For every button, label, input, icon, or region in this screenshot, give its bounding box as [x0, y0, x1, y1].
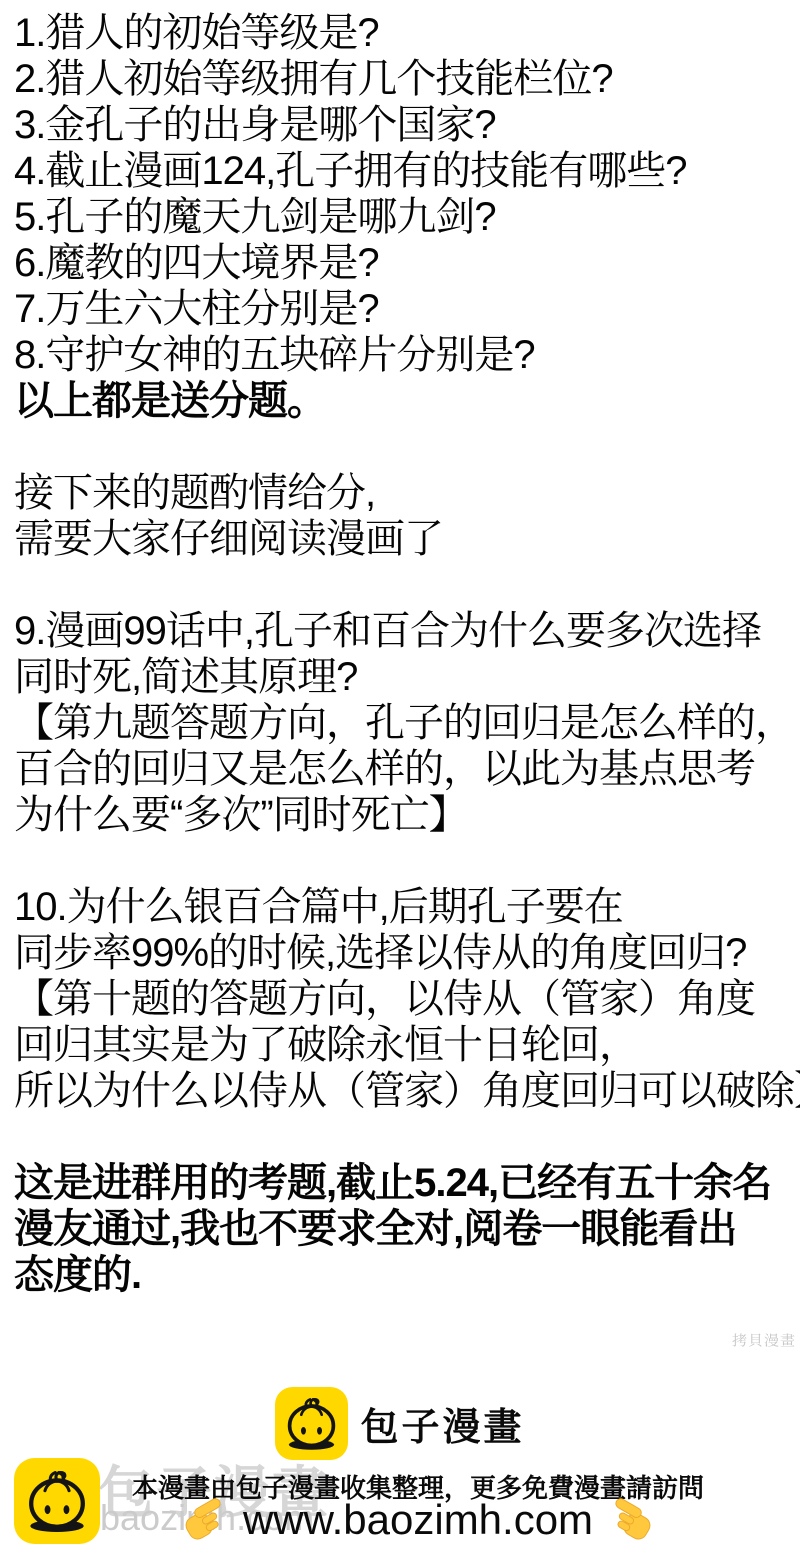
question-9-line-2: 同时死,简述其原理?: [14, 654, 798, 700]
brand-title: 包子漫畫: [360, 1396, 524, 1451]
question-2: 2.猎人初始等级拥有几个技能栏位?: [14, 56, 798, 102]
question-5: 5.孔子的魔天九剑是哪九剑?: [14, 194, 798, 240]
spacer: [14, 1114, 798, 1160]
manga-text-page: 1.猎人的初始等级是? 2.猎人初始等级拥有几个技能栏位? 3.金孔子的出身是哪…: [0, 0, 800, 1565]
question-7: 7.万生六大柱分别是?: [14, 286, 798, 332]
question-9-hint-1: 【第九题答题方向，孔子的回归是怎么样的，: [14, 700, 798, 746]
intro-line-2: 需要大家仔细阅读漫画了: [14, 516, 798, 562]
question-10-line-1: 10.为什么银百合篇中,后期孔子要在: [14, 884, 798, 930]
corner-watermark: 拷貝漫畫: [732, 1331, 796, 1351]
site-url-link[interactable]: www.baozimh.com: [243, 1496, 593, 1544]
question-10-line-2: 同步率99%的时候,选择以侍从的角度回归?: [14, 930, 798, 976]
question-10-hint-2: 回归其实是为了破除永恒十日轮回，: [14, 1022, 798, 1068]
question-1: 1.猎人的初始等级是?: [14, 10, 798, 56]
footer-url-row: www.baozimh.com: [36, 1496, 800, 1544]
spacer: [14, 424, 798, 470]
question-10-hint-3: 所以为什么以侍从（管家）角度回归可以破除】: [14, 1068, 798, 1114]
question-3: 3.金孔子的出身是哪个国家?: [14, 102, 798, 148]
question-4: 4.截止漫画124,孔子拥有的技能有哪些?: [14, 148, 798, 194]
closing-line-3: 态度的.: [14, 1252, 798, 1298]
spacer: [14, 562, 798, 608]
question-9-line-1: 9.漫画99话中,孔子和百合为什么要多次选择: [14, 608, 798, 654]
closing-line-2: 漫友通过,我也不要求全对,阅卷一眼能看出: [14, 1206, 798, 1252]
spacer: [14, 838, 798, 884]
intro-line-1: 接下来的题酌情给分,: [14, 470, 798, 516]
freebie-note: 以上都是送分题。: [14, 378, 798, 424]
quiz-text-block: 1.猎人的初始等级是? 2.猎人初始等级拥有几个技能栏位? 3.金孔子的出身是哪…: [14, 10, 798, 1298]
pointing-hand-icon: [600, 1491, 660, 1549]
question-6: 6.魔教的四大境界是?: [14, 240, 798, 286]
question-9-hint-3: 为什么要“多次”同时死亡】: [14, 792, 798, 838]
question-10-hint-1: 【第十题的答题方向，以侍从（管家）角度: [14, 976, 798, 1022]
closing-line-1: 这是进群用的考题,截止5.24,已经有五十余名: [14, 1160, 798, 1206]
pointing-hand-icon: [176, 1491, 236, 1549]
footer-strip: 包子漫畫 baozimh.com 本漫畫由包子漫畫收集整理，更多免費漫畫請訪問: [0, 1449, 800, 1565]
question-9-hint-2: 百合的回归又是怎么样的，以此为基点思考: [14, 746, 798, 792]
question-8: 8.守护女神的五块碎片分别是?: [14, 332, 798, 378]
